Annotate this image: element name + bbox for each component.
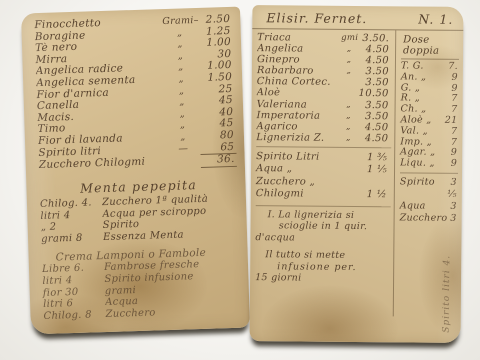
photo-background: Finocchetto Grami– 2.50 Boragine „ 1.25 … bbox=[0, 0, 480, 360]
ingredient-amount: 4.50 bbox=[357, 44, 392, 55]
ingredient-amount: 4.50 bbox=[356, 122, 391, 133]
liquid-name: Chilogmi bbox=[256, 189, 357, 202]
ingredient-amount: 4.50 bbox=[357, 55, 392, 66]
ingredient-amount: 3.50 bbox=[356, 111, 391, 122]
ingredient-name: China Cortec. bbox=[257, 77, 341, 89]
note-line: 15 giorni bbox=[255, 273, 390, 286]
ingredient-name: Lignerizia Z. bbox=[256, 132, 340, 144]
recipe-title: Elisir. Fernet. bbox=[266, 10, 367, 26]
dose-liquid-abbr: Spirito bbox=[400, 176, 439, 200]
ingredient-amount: 3.50 bbox=[357, 77, 392, 88]
dose-row: Liqu. „ 9 bbox=[400, 159, 458, 170]
main-ingredient-column: Triaca gmi 3.50. Angelica „ 4.50 Ginepro bbox=[250, 29, 396, 316]
liquid-amount: 1 ⅕ bbox=[357, 164, 391, 177]
ingredient-name: Zucchero Chilogmi bbox=[39, 156, 167, 173]
liquids-list: Spirito Litri 1 ⅗ Aqua „ 1 ⅕ Zucchero „ bbox=[256, 146, 391, 202]
ingredient-amount: 36. bbox=[201, 154, 237, 168]
crema-section: Crema Lamponi o Fambole Libre 6. Fambros… bbox=[42, 246, 242, 323]
liquid-name: Spirito Litri bbox=[256, 151, 357, 164]
preparation-note-2: Il tutto si mette infusione per. 15 gior… bbox=[255, 250, 390, 286]
liquid-amount: 1 ½ bbox=[357, 189, 391, 202]
ingredient-amount: 3.50. bbox=[357, 33, 392, 44]
recipe-columns: Triaca gmi 3.50. Angelica „ 4.50 Ginepro bbox=[250, 29, 463, 317]
recipe-quantity: Chilog. 8 bbox=[43, 309, 105, 323]
ingredient-unit-mark: „ bbox=[341, 99, 357, 110]
ingredient-unit-mark bbox=[167, 155, 201, 169]
ingredient-unit-mark: „ bbox=[340, 111, 356, 122]
recipe-quantity: grami 8 bbox=[41, 232, 103, 246]
ingredient-name: Rabarbaro bbox=[257, 65, 341, 77]
right-page: Elisir. Fernet. N. 1. Triaca gmi 3.50. A… bbox=[250, 5, 464, 343]
dose-amount: 9 bbox=[440, 73, 459, 84]
double-dose-column: Dose doppia T. G. 7. An. „ 9 bbox=[394, 30, 463, 317]
liquid-row: Aqua „ 1 ⅕ bbox=[256, 164, 391, 178]
left-page: Finocchetto Grami– 2.50 Boragine „ 1.25 … bbox=[21, 7, 250, 335]
ingredient-name: Imperatoria bbox=[256, 110, 340, 122]
ingredient-unit-mark: „ bbox=[341, 55, 357, 66]
recipe-header: Elisir. Fernet. N. 1. bbox=[252, 5, 463, 31]
ingredient-amount: 3.50 bbox=[357, 100, 392, 111]
recipe-number: N. 1. bbox=[418, 12, 453, 27]
dose-amount: 7 bbox=[439, 127, 458, 138]
vertical-margin-note: Spirito litri 4. bbox=[442, 183, 453, 333]
ingredient-unit-mark bbox=[341, 77, 357, 88]
ingredient-amount: 4.50 bbox=[356, 133, 391, 144]
liquid-row: Zucchero „ bbox=[256, 176, 391, 190]
ingredient-list: Finocchetto Grami– 2.50 Boragine „ 1.25 … bbox=[34, 14, 237, 173]
ingredient-unit-mark: „ bbox=[341, 44, 357, 55]
liquid-row: Spirito Litri 1 ⅗ bbox=[256, 151, 391, 165]
liquid-name: Aqua „ bbox=[256, 164, 357, 177]
ingredient-name: Valeriana bbox=[257, 99, 341, 111]
ingredient-unit-mark: — bbox=[166, 142, 200, 156]
ingredient-name: Aloè bbox=[257, 88, 341, 100]
preparation-note-1: I. La lignerizia si scioglie in 1 quir. … bbox=[255, 205, 390, 245]
dose-liquid-abbr: Aqua bbox=[400, 200, 439, 212]
ingredient-unit-mark: „ bbox=[340, 122, 356, 133]
crema-recipe-lines: Libre 6. Fambrose fresche litri 4 Spirit… bbox=[42, 258, 242, 323]
menta-recipe-lines: Chilog. 4. Zucchero 1ª qualità litri 4 A… bbox=[40, 193, 239, 246]
ingredient-name: Ginepro bbox=[257, 54, 341, 66]
liquid-amount bbox=[357, 177, 391, 190]
ingredient-amount: 10.50 bbox=[357, 88, 392, 99]
note-line: Il tutto si mette bbox=[255, 250, 390, 263]
note-line: d'acqua bbox=[255, 232, 390, 245]
ingredient-unit-mark: „ bbox=[341, 66, 357, 77]
ingredient-name: Angelica bbox=[257, 43, 341, 55]
dose-liquid-abbr: Zucchero bbox=[400, 212, 448, 224]
fernet-ingredient-list: Triaca gmi 3.50. Angelica „ 4.50 Ginepro bbox=[256, 32, 392, 144]
ingredient-name: Triaca bbox=[257, 32, 341, 44]
liquid-row: Chilogmi 1 ½ bbox=[256, 189, 391, 203]
dose-amount: 9 bbox=[439, 159, 458, 170]
ingredient-row: Lignerizia Z. „ 4.50 bbox=[256, 132, 391, 144]
liquid-amount: 1 ⅗ bbox=[357, 152, 391, 165]
ingredient-amount: 3.50 bbox=[357, 66, 392, 77]
ingredient-name: Agarico bbox=[256, 121, 340, 133]
ingredient-unit-mark: gmi bbox=[341, 33, 357, 44]
ingredient-unit-mark: „ bbox=[340, 133, 356, 144]
dose-list: T. G. 7. An. „ 9 G. „ 9 bbox=[400, 61, 459, 169]
liquid-name: Zucchero „ bbox=[256, 176, 357, 189]
dose-ingredient-abbr: Liqu. „ bbox=[400, 159, 439, 170]
dose-column-header: Dose doppia bbox=[401, 32, 459, 60]
note-line: I. La lignerizia si bbox=[256, 209, 391, 222]
ingredient-unit-mark bbox=[341, 88, 357, 99]
